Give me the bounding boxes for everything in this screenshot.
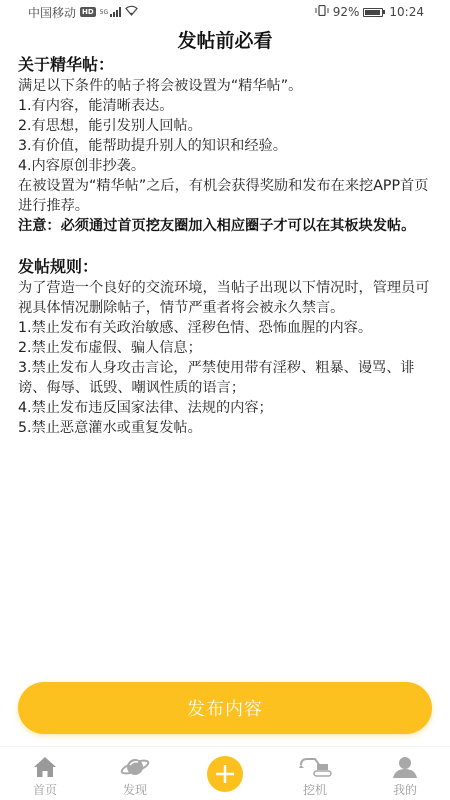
status-left: 中国移动 HD 5G	[28, 4, 138, 21]
home-icon	[33, 755, 57, 779]
rules-intro: 为了营造一个良好的交流环境，当帖子出现以下情况时，管理员可视具体情况删除帖子，情…	[18, 278, 434, 318]
tab-profile-label: 我的	[393, 781, 417, 798]
wifi-icon	[125, 5, 138, 19]
status-right: 92% 10:24	[315, 5, 424, 19]
rules-heading: 发帖规则：	[18, 256, 434, 278]
essence-reward-text: 在被设置为“精华帖”之后，有机会获得奖励和发布在来挖APP首页进行推荐。	[18, 176, 434, 216]
signal-icon	[110, 7, 121, 17]
tab-discover-label: 发现	[123, 781, 147, 798]
status-bar: 中国移动 HD 5G 92% 10:24	[0, 0, 450, 24]
rules-content: 关于精华帖： 满足以下条件的帖子将会被设置为“精华帖”。 1.有内容，能清晰表达…	[18, 54, 434, 438]
page-title: 发帖前必看	[0, 26, 450, 53]
essence-item: 1.有内容，能清晰表达。	[18, 96, 434, 116]
rules-item: 1.禁止发布有关政治敏感、淫秽色情、恐怖血腥的内容。	[18, 318, 434, 338]
tab-discover[interactable]: 发现	[90, 747, 180, 800]
essence-notice: 注意：必须通过首页挖友圈加入相应圈子才可以在其板块发帖。	[18, 216, 434, 236]
tab-excavator[interactable]: 挖机	[270, 747, 360, 800]
essence-intro: 满足以下条件的帖子将会被设置为“精华帖”。	[18, 76, 434, 96]
rules-item: 3.禁止发布人身攻击言论，严禁使用带有淫秽、粗暴、谩骂、诽谤、侮辱、诋毁、嘲讽性…	[18, 358, 434, 398]
carrier-name: 中国移动	[28, 4, 76, 21]
vibrate-icon	[315, 5, 329, 19]
section-spacer	[18, 236, 434, 256]
essence-item: 4.内容原创非抄袭。	[18, 156, 434, 176]
battery-percent: 92%	[333, 5, 360, 19]
bottom-tab-bar: 首页 发现 挖机 我的	[0, 746, 450, 800]
tab-add[interactable]	[180, 747, 270, 800]
essence-item: 3.有价值，能帮助提升别人的知识和经验。	[18, 136, 434, 156]
user-icon	[392, 755, 418, 779]
planet-icon	[120, 755, 150, 779]
essence-heading: 关于精华帖：	[18, 54, 434, 76]
tab-profile[interactable]: 我的	[360, 747, 450, 800]
network-type: 5G	[100, 9, 108, 16]
rules-item: 4.禁止发布违反国家法律、法规的内容；	[18, 398, 434, 418]
tab-excavator-label: 挖机	[303, 781, 327, 798]
rules-item: 5.禁止恶意灌水或重复发帖。	[18, 418, 434, 438]
plus-icon	[207, 756, 243, 792]
rules-item: 2.禁止发布虚假、骗人信息；	[18, 338, 434, 358]
tab-home[interactable]: 首页	[0, 747, 90, 800]
essence-item: 2.有思想，能引发别人回帖。	[18, 116, 434, 136]
excavator-icon	[298, 755, 332, 779]
tab-home-label: 首页	[33, 781, 57, 798]
battery-icon	[363, 8, 385, 17]
clock: 10:24	[389, 5, 424, 19]
hd-icon: HD	[80, 7, 96, 17]
publish-content-button[interactable]: 发布内容	[18, 682, 432, 734]
